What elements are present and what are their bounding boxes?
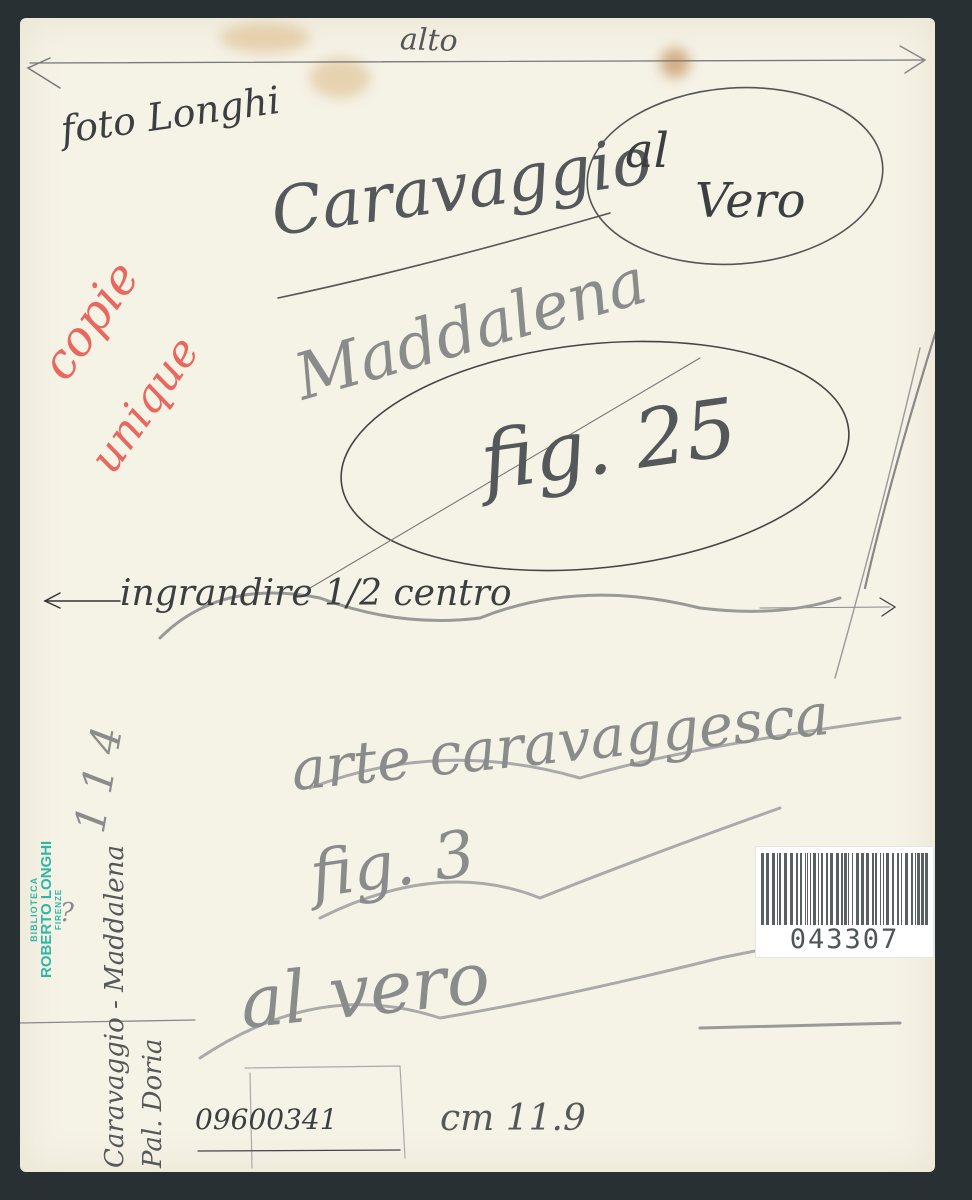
vertical-note-line1: Caravaggio - Maddalena	[100, 845, 130, 1168]
inventory-number: 09600341	[195, 1103, 338, 1136]
barcode-number: 043307	[756, 924, 933, 955]
top-note: alto	[399, 22, 458, 59]
circled-note-line1: al	[625, 123, 669, 179]
size-note: cm 11.9	[440, 1098, 586, 1139]
circled-note-line2: Vero	[695, 173, 806, 229]
barcode-bars	[761, 853, 928, 925]
barcode-label: 043307	[755, 846, 934, 958]
stamp-line3: FIRENZE	[55, 841, 63, 978]
vertical-note-line2: Pal. Doria	[138, 1039, 168, 1168]
photo-back-card: alto foto Longhi Caravaggio al Vero Madd…	[20, 18, 935, 1172]
library-stamp: BIBLIOTECA ROBERTO LONGHI FIRENZE	[30, 841, 64, 978]
stamp-line2: ROBERTO LONGHI	[39, 841, 55, 978]
enlarge-instruction: ingrandire 1/2 centro	[120, 573, 512, 614]
